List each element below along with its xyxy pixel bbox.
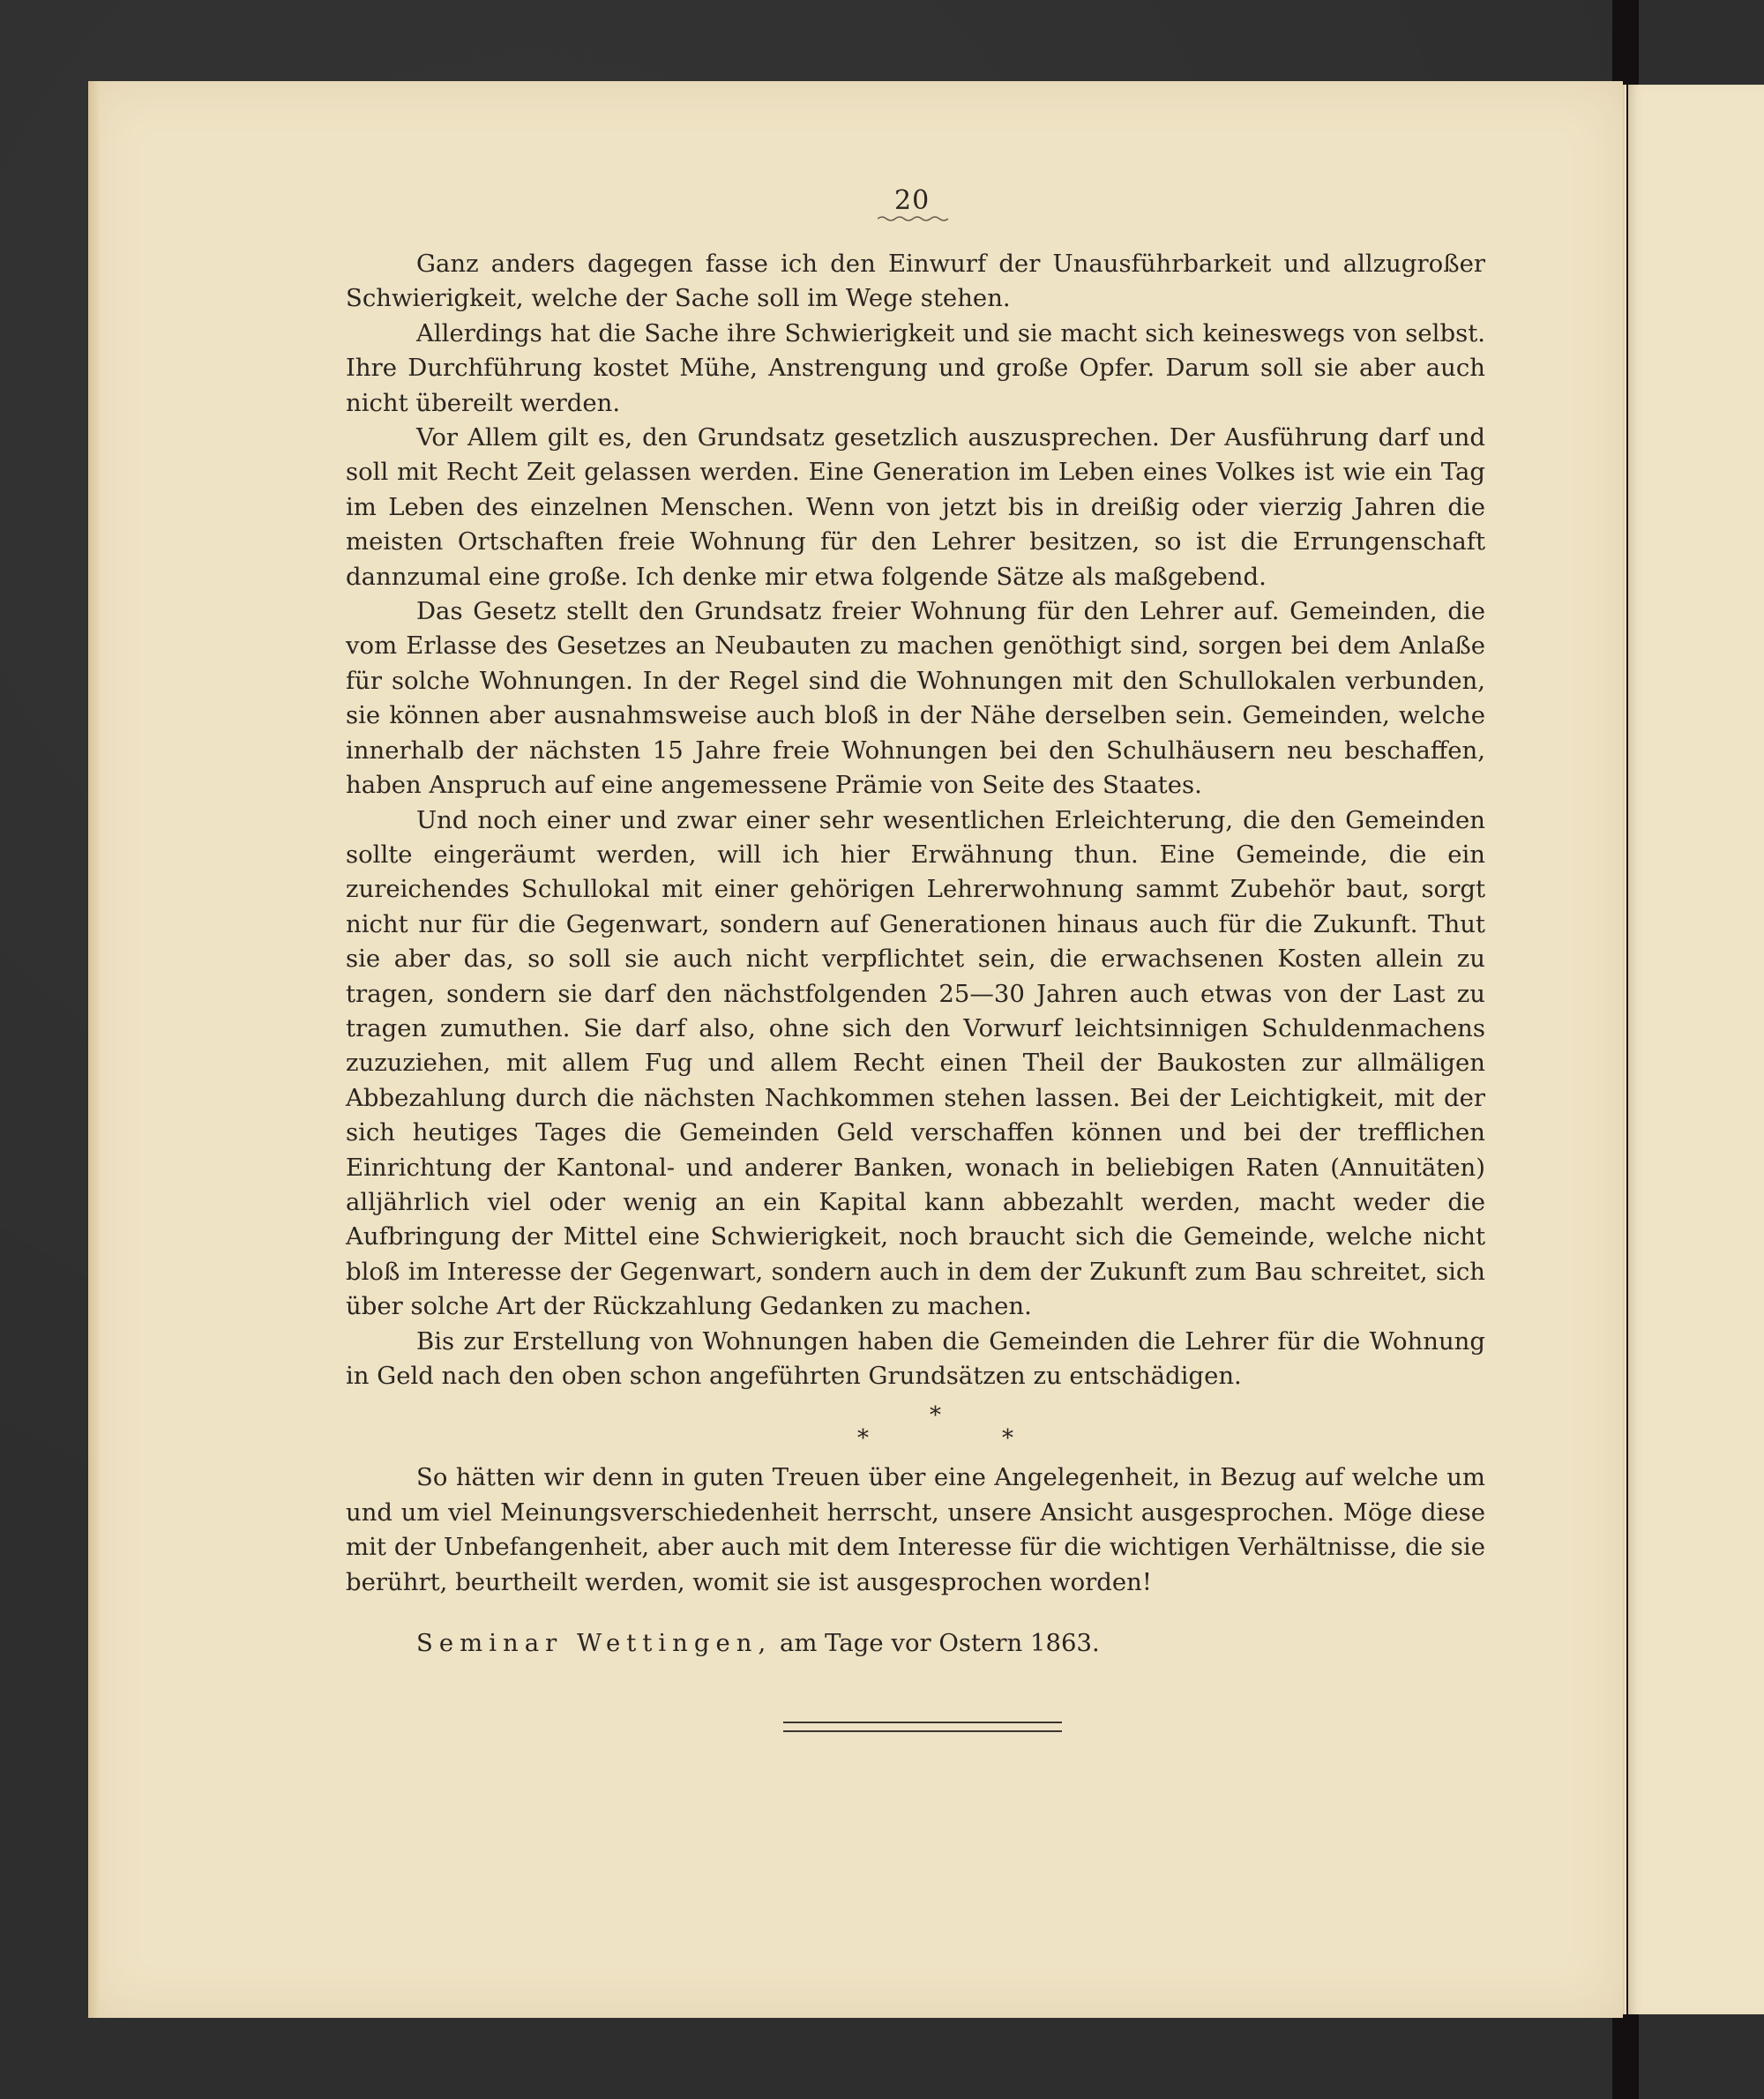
signature-line: Seminar Wettingen, am Tage vor Ostern 18… [346, 1626, 1485, 1661]
asterisk-icon: * [1002, 1422, 1013, 1456]
body-text: Ganz anders dagegen fasse ich den Einwur… [346, 247, 1485, 1661]
end-double-rule [783, 1722, 1062, 1732]
paragraph: Bis zur Erstellung von Wohnungen haben d… [346, 1325, 1485, 1394]
signature-place: Seminar Wettingen, [416, 1629, 772, 1657]
page-edge [88, 81, 99, 2018]
wavy-underline-ornament [878, 215, 948, 222]
asterisk-icon: * [857, 1422, 869, 1456]
asterisk-icon: * [930, 1399, 941, 1433]
signature-date: am Tage vor Ostern 1863. [780, 1629, 1100, 1657]
section-break-asterisks: * * * [346, 1399, 1485, 1460]
closing-paragraph: So hätten wir denn in guten Treuen über … [346, 1460, 1485, 1600]
paragraph: Ganz anders dagegen fasse ich den Einwur… [346, 247, 1485, 317]
gutter [1623, 85, 1626, 2014]
page-number: 20 [894, 185, 930, 216]
paragraph: Vor Allem gilt es, den Grundsatz gesetzl… [346, 421, 1485, 594]
paragraph: Allerdings hat die Sache ihre Schwierigk… [346, 317, 1485, 421]
facing-page [1628, 85, 1764, 2014]
paragraph: Und noch einer und zwar einer sehr wesen… [346, 803, 1485, 1325]
paragraph: Das Gesetz stellt den Grundsatz freier W… [346, 594, 1485, 803]
